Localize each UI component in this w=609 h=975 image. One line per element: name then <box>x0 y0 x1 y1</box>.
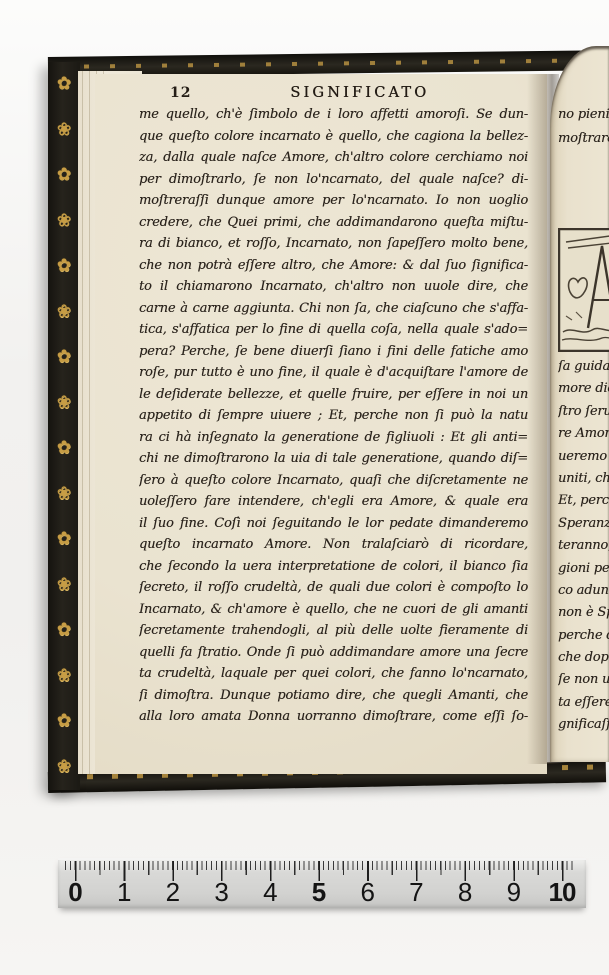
text-line: ta eſſere d <box>558 692 609 714</box>
gold-ornament-icon: ✿ <box>57 531 71 549</box>
gold-ornament-icon: ✿ <box>57 622 71 640</box>
text-line: Et, perch'i <box>558 490 609 512</box>
text-line: ra ci hà inſegnato la generatione de fig… <box>139 427 528 449</box>
ruler-number: 4 <box>263 877 276 908</box>
text-line: gnificaſſe <box>558 714 609 736</box>
ruler-number: 2 <box>166 877 179 908</box>
text-line: Speranza, ſ <box>558 513 609 535</box>
text-line: pera? Perche, ſe bene diuerſi ſiano i fi… <box>139 341 528 363</box>
ruler-number: 8 <box>458 877 471 908</box>
text-line: appetito di ſempre uiuere ; Et, perche n… <box>139 405 528 427</box>
text-line: moſtrare, p <box>558 127 609 151</box>
ruler-number: 1 <box>117 877 130 908</box>
right-page: no pieni d'a moſtrare, p ſa guida: p <box>550 46 609 762</box>
photo-backdrop: ✿❀✿❀✿❀✿❀✿❀✿❀✿❀✿❀ 12 SIGNIFICATO me quell… <box>0 0 609 975</box>
text-line: le deſiderate bellezze, et quelle fruire… <box>139 384 528 406</box>
ruler-number: 0 <box>68 877 81 908</box>
gold-ornament-icon: ❀ <box>57 303 71 321</box>
gold-ornament-icon: ❀ <box>57 485 71 503</box>
text-line: chi ne dimoſtrarono la uia di tale gener… <box>139 448 528 470</box>
text-line: uoleſſero fare intendere, ch'egli era Am… <box>139 491 528 513</box>
text-line: quelli fa ſtratio. Onde ſi può addimanda… <box>139 642 528 664</box>
text-line: ſecreto, il roſſo crudeltà, de quali due… <box>139 577 528 599</box>
gold-ornament-icon: ✿ <box>57 713 71 731</box>
ruler-number: 9 <box>507 877 520 908</box>
ruler-number: 3 <box>214 877 227 908</box>
gold-ornament-icon: ✿ <box>57 258 71 276</box>
text-line: queſto incarnato Amore. Non tralaſciarò … <box>139 534 528 556</box>
gold-ornament-icon: ❀ <box>57 212 71 230</box>
gold-ornament-icon: ❀ <box>57 667 71 685</box>
right-page-body-lines: ſa guida: p more dician ſtro ſeruire re … <box>558 356 609 737</box>
gold-ornament-icon: ✿ <box>57 76 71 94</box>
left-page: 12 SIGNIFICATO me quello, ch'è ſimbolo d… <box>95 74 547 774</box>
text-line: che non potrà eſſere altro, che Amore: &… <box>139 255 528 277</box>
text-line: uniti, che n <box>558 468 609 490</box>
text-line: me quello, ch'è ſimbolo de i loro affett… <box>139 104 528 126</box>
page-header: 12 SIGNIFICATO <box>139 85 528 101</box>
text-line: per dimoſtrarlo, ſe non lo'ncarnato, del… <box>139 169 528 191</box>
text-line: gioni perci <box>558 558 609 580</box>
text-line: co adunque <box>558 580 609 602</box>
text-line: ſa guida: p <box>558 356 609 378</box>
gold-ornament-icon: ❀ <box>57 576 71 594</box>
text-line: ſtro ſeruire <box>558 401 609 423</box>
gold-ornament-icon: ✿ <box>57 349 71 367</box>
text-line: alla loro amata Donna uorranno dimoſtrar… <box>139 706 528 728</box>
text-line: to il chiamarono Incarnato, ch'altro non… <box>139 276 528 298</box>
ruler-number-row: 012345678910 <box>58 860 586 908</box>
woodcut-initial-icon <box>558 228 609 352</box>
ruler-number: 10 <box>549 877 576 908</box>
ruler: 012345678910 <box>58 858 586 908</box>
ruler-number: 6 <box>360 877 373 908</box>
gold-ornament-icon: ❀ <box>57 758 71 776</box>
text-line: che ſecondo la uera interpretatione de c… <box>139 556 528 578</box>
text-line: roſe, pur tutto è uno fine, il quale è d… <box>139 362 528 384</box>
text-line: carne à carne aggiunta. Chi non ſa, che … <box>139 298 528 320</box>
text-line: ueremo con <box>558 446 609 468</box>
text-line: ra di bianco, et roſſo, Incarnato, non ſ… <box>139 233 528 255</box>
text-line: credere, che Quei primi, che addimandaro… <box>139 212 528 234</box>
text-line: perche dall <box>558 625 609 647</box>
text-line: re Amore d <box>558 423 609 445</box>
text-line: no pieni d'a <box>558 103 609 127</box>
text-line: ſecretamente trahendogli, al più delle u… <box>139 620 528 642</box>
text-line: Incarnato, & ch'amore è quello, che ne c… <box>139 599 528 621</box>
text-line: che dopo lo <box>558 647 609 669</box>
text-line: more dician <box>558 378 609 400</box>
text-line: ſi dimoſtra. Dunque potiamo dire, che qu… <box>139 685 528 707</box>
text-line: ſero à queſto colore Incarnato, quaſi ch… <box>139 470 528 492</box>
text-line: teranno, & <box>558 535 609 557</box>
gold-ornament-icon: ❀ <box>57 121 71 139</box>
book-spine-gilt-border: ✿❀✿❀✿❀✿❀✿❀✿❀✿❀✿❀ <box>48 62 80 790</box>
text-line: il ſuo fine. Coſì noi ſeguitando le lor … <box>139 513 528 535</box>
page-number: 12 <box>170 85 191 101</box>
running-title: SIGNIFICATO <box>191 85 528 101</box>
text-line: ſe non uedi <box>558 669 609 691</box>
text-line: non è Spera <box>558 602 609 624</box>
gold-ornament-icon: ❀ <box>57 394 71 412</box>
text-line: tica, s'affatica per lo fine di quella c… <box>139 319 528 341</box>
gold-ornament-icon: ✿ <box>57 167 71 185</box>
ruler-number: 5 <box>312 877 325 908</box>
text-line: que queſto colore incarnato è quello, ch… <box>139 126 528 148</box>
right-page-top-lines: no pieni d'a moſtrare, p <box>558 103 609 151</box>
ruler-number: 7 <box>409 877 422 908</box>
text-line: moſtreraſſi dunque amore per lo'ncarnato… <box>139 190 528 212</box>
text-line: ta crudeltà, laquale per quei colori, ch… <box>139 663 528 685</box>
body-text: me quello, ch'è ſimbolo de i loro affett… <box>139 104 528 728</box>
gold-ornament-icon: ✿ <box>57 440 71 458</box>
text-line: za, dalla quale naſce Amore, ch'altro co… <box>139 147 528 169</box>
